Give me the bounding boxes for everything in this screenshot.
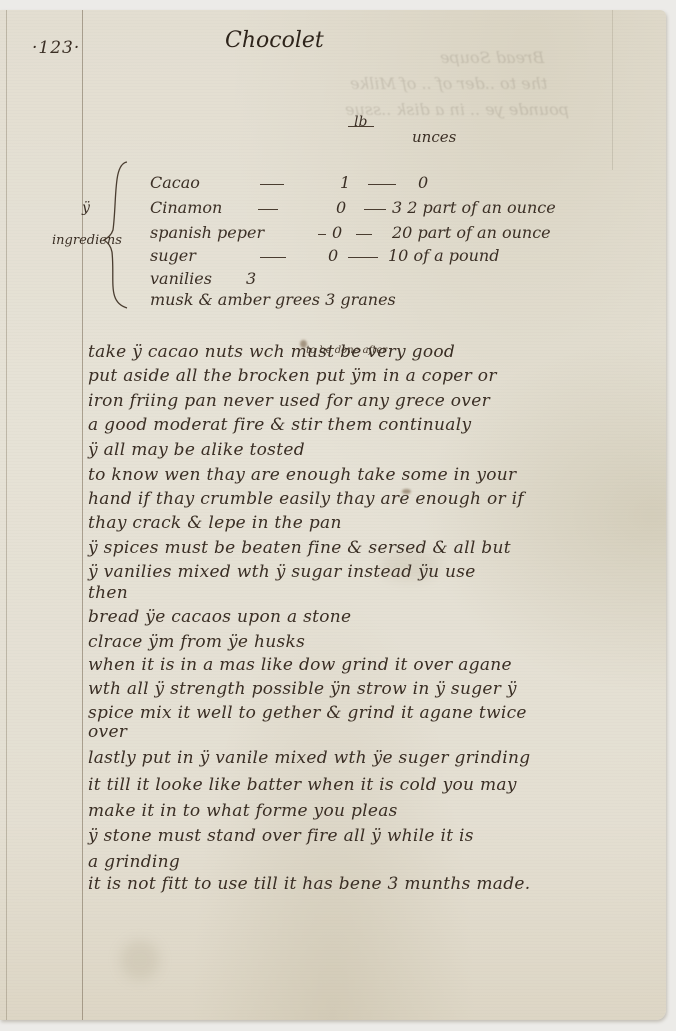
body-line: when it is in a mas like dow grind it ov… [88, 655, 512, 675]
body-line: take ÿ cacao nuts wch must be very good [88, 342, 455, 362]
dash [260, 257, 286, 258]
body-line: it till it looke like batter when it is … [88, 775, 517, 795]
body-line: ÿ stone must stand over fire all ÿ while… [88, 826, 474, 846]
ingredient-name: Cacao [150, 173, 200, 192]
body-line: thay crack & lepe in the pan [88, 513, 342, 533]
scan-background: Bread Soupe the to ..der of .. of Milke … [0, 0, 676, 1031]
body-line: a good moderat fire & stir them continua… [88, 415, 471, 435]
ingredient-pounds: 0 [336, 198, 346, 217]
dash [318, 234, 326, 235]
spine-edge [6, 10, 7, 1020]
ingredient-ounces: 0 [418, 173, 428, 192]
ingredient-name: spanish peper [150, 223, 264, 242]
dash [356, 234, 372, 235]
ingredient-pounds: 0 [332, 223, 342, 242]
dash [260, 184, 284, 185]
ounces-unit-header: unces [412, 128, 456, 146]
body-line: over [88, 722, 127, 742]
ingredients-mark: ÿ [82, 200, 90, 216]
ingredient-ounces: 20 part of an ounce [392, 223, 551, 242]
dash [368, 184, 396, 185]
dash [364, 209, 386, 210]
ingredient-quantity: 3 [246, 269, 256, 288]
right-margin-rule [612, 10, 613, 170]
body-line: to know wen thay are enough take some in… [88, 465, 516, 485]
ingredient-name: musk & amber grees 3 granes [150, 290, 396, 309]
manuscript-page: Bread Soupe the to ..der of .. of Milke … [0, 10, 666, 1020]
body-line: hand if thay crumble easily thay are eno… [88, 489, 524, 509]
bleed-through-text: the to ..der of .. of Milke [350, 74, 547, 93]
paper-stain [120, 940, 160, 980]
dash [348, 257, 378, 258]
pound-unit-stroke [348, 126, 374, 127]
ingredient-pounds: 0 [328, 246, 338, 265]
body-line: ÿ spices must be beaten fine & sersed & … [88, 538, 511, 558]
body-line: ÿ all may be alike tosted [88, 440, 305, 460]
page-number: ·123· [32, 38, 80, 58]
body-line: wth all ÿ strength possible ÿn strow in … [88, 679, 517, 699]
body-line: clrace ÿm from ÿe husks [88, 632, 305, 652]
ingredient-ounces: 10 of a pound [388, 246, 499, 265]
pound-unit-header: lb [354, 114, 367, 130]
ingredient-name: suger [150, 246, 196, 265]
ingredient-name: vanilies [150, 269, 212, 288]
ingredient-name: Cinamon [150, 198, 222, 217]
ingredient-ounces: 3 2 part of an ounce [392, 198, 556, 217]
body-line: lastly put in ÿ vanile mixed wth ÿe suge… [88, 748, 530, 768]
body-line: a grinding [88, 852, 180, 872]
recipe-title: Chocolet [225, 28, 324, 53]
body-line: ÿ vanilies mixed wth ÿ sugar instead ÿu … [88, 562, 476, 582]
body-line: iron friing pan never used for any grece… [88, 391, 490, 411]
body-line: put aside all the brocken put ÿm in a co… [88, 366, 497, 386]
body-line: spice mix it well to gether & grind it a… [88, 703, 527, 723]
body-line: it is not fitt to use till it has bene 3… [88, 874, 531, 894]
body-line: make it in to what forme you pleas [88, 801, 398, 821]
bleed-through-text: pounde ye .. in a disk ..ssue [345, 100, 569, 119]
ingredient-pounds: 1 [340, 173, 350, 192]
body-line: then [88, 583, 128, 603]
bleed-through-text: Bread Soupe [440, 48, 544, 67]
curly-brace-icon [103, 160, 129, 310]
left-margin-rule [82, 10, 83, 1020]
body-line: bread ÿe cacaos upon a stone [88, 607, 351, 627]
dash [258, 209, 278, 210]
